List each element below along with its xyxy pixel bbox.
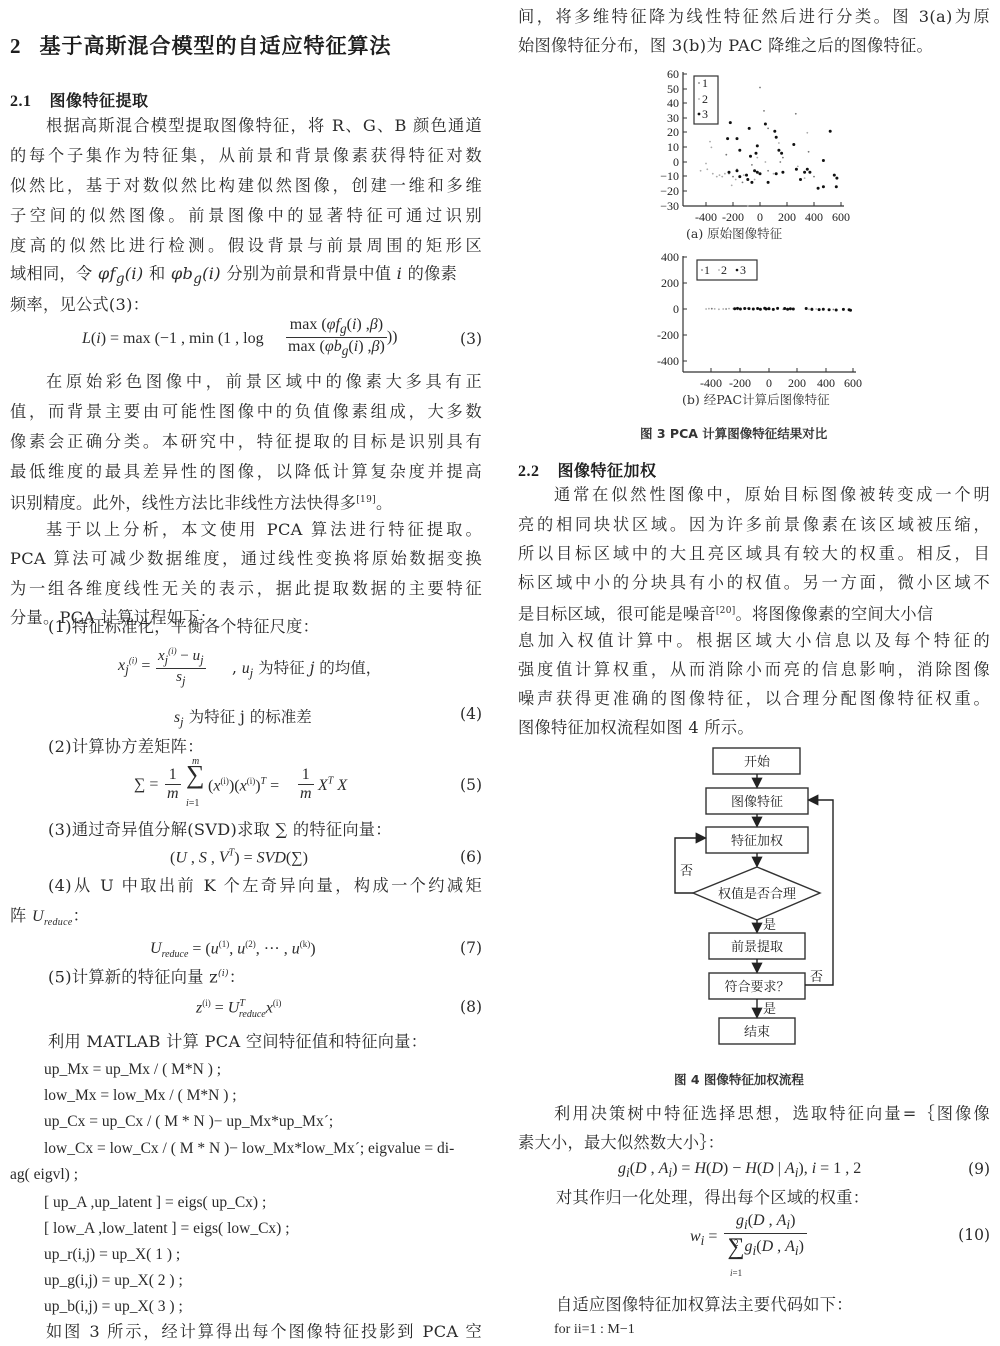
- data-point: [835, 177, 838, 180]
- data-point: [759, 172, 762, 175]
- data-point: [756, 307, 759, 310]
- data-point: [712, 173, 714, 175]
- figure-4-flowchart: 开始 图像特征 特征加权 权值是否合理 前景提取 符合要求？ 结束 否 是 否 …: [660, 740, 860, 1060]
- svg-text:权值是否合理: 权值是否合理: [718, 886, 796, 902]
- paragraph-line: 识别精度。此外，线性方法比非线性方法快得多[19]。: [10, 490, 482, 513]
- data-point: [706, 168, 708, 170]
- data-point: [818, 308, 821, 311]
- svg-text:−20: −20: [660, 184, 679, 198]
- data-point: [813, 176, 815, 178]
- data-point: [751, 164, 753, 166]
- data-point: [767, 181, 770, 184]
- svg-text:0: 0: [766, 376, 772, 390]
- equation-7: Ureduce = (u(1), u(2), ··· , u(k)) (7): [10, 935, 482, 965]
- data-point: [735, 179, 737, 181]
- paragraph-line: 像素会正确分类。本研究中，特征提取的目标是识别具有: [10, 432, 482, 452]
- figure-3a-caption: (a) 原始图像特征: [686, 224, 782, 242]
- paragraph-line: 基于以上分析，本文使用 PCA 算法进行特征提取。: [10, 520, 482, 540]
- data-point: [799, 178, 802, 181]
- svg-text:0: 0: [757, 210, 763, 224]
- data-point: [725, 308, 727, 310]
- step-1: (1)特征标准化，平衡各个特征尺度：: [48, 617, 520, 637]
- data-point: [817, 187, 820, 190]
- data-point: [806, 132, 808, 134]
- data-point: [808, 308, 810, 310]
- data-point: [835, 309, 838, 312]
- data-point: [722, 308, 724, 310]
- data-point: [805, 307, 808, 310]
- svg-text:−10: −10: [660, 169, 679, 183]
- data-point: [738, 149, 741, 152]
- svg-text:否: 否: [680, 864, 693, 879]
- data-point: [736, 307, 739, 310]
- paragraph-line: 标区域中小的分块具有小的权值。另一方面，微小区域不: [518, 573, 990, 593]
- paragraph-line: 最低维度的最具差异性的图像，以降低计算复杂度并提高: [10, 462, 482, 482]
- paragraph-line: 图像特征加权流程如图 4 所示。: [518, 718, 990, 738]
- code-line: for ii=1 : M−1: [554, 1322, 635, 1338]
- data-point: [777, 149, 780, 152]
- svg-text:-200: -200: [657, 328, 679, 342]
- code-line: up_Mx = up_Mx / ( M*N ) ;: [44, 1061, 221, 1079]
- data-point: [775, 172, 778, 175]
- subsection-heading-2-1: 2.1图像特征提取: [10, 88, 149, 111]
- equation-6: (U , S , VT) = SVD(∑) (6): [10, 848, 482, 870]
- svg-text:是: 是: [763, 918, 776, 933]
- data-point: [782, 157, 784, 159]
- step-3: (3)通过奇异值分解(SVD)求取 ∑ 的特征向量：: [48, 820, 520, 840]
- data-point: [754, 179, 756, 181]
- data-point: [780, 152, 783, 155]
- data-point: [736, 169, 739, 172]
- data-point: [759, 308, 762, 311]
- data-point: [779, 161, 781, 163]
- data-point: [743, 307, 746, 310]
- code-line: up_r(i,j) = up_X( 1 ) ;: [44, 1246, 180, 1264]
- svg-text:0: 0: [673, 155, 679, 169]
- data-point: [763, 110, 765, 112]
- paragraph-line: 频率，见公式(3)：: [10, 295, 482, 315]
- matlab-intro: 利用 MATLAB 计算 PCA 空间特征值和特征向量：: [48, 1032, 520, 1052]
- code-line: up_g(i,j) = up_X( 2 ) ;: [44, 1272, 183, 1290]
- data-point: [731, 185, 733, 187]
- subsection-heading-2-2: 2.2图像特征加权: [518, 458, 657, 481]
- data-point: [743, 174, 745, 176]
- figure-3b-caption: (b) 经PAC计算后图像特征: [682, 390, 830, 408]
- data-point: [739, 308, 742, 311]
- paragraph-line: PCA 算法可减少数据维度，通过线性变换将原始数据变换: [10, 549, 482, 569]
- data-point: [752, 308, 755, 311]
- svg-text:1: 1: [702, 76, 708, 90]
- data-point: [833, 174, 836, 177]
- svg-text:图像特征: 图像特征: [731, 794, 783, 810]
- svg-text:200: 200: [661, 276, 679, 290]
- citation-20: [20]: [716, 606, 736, 616]
- data-point: [726, 137, 729, 140]
- data-point: [736, 137, 739, 140]
- data-point: [775, 136, 778, 139]
- data-point: [746, 178, 749, 181]
- paragraph-line: 度高的似然比进行检测。假设背景与前景周围的矩形区: [10, 236, 482, 256]
- data-point: [749, 155, 752, 158]
- paragraph-line: 如图 3 所示，经计算得出每个图像特征投影到 PCA 空: [10, 1322, 482, 1342]
- data-point: [776, 307, 779, 310]
- svg-text:-200: -200: [722, 210, 744, 224]
- step-4: (4)从 U 中取出前 K 个左奇异向量，构成一个约减矩: [48, 876, 482, 896]
- paragraph-line: 噪声获得更准确的图像特征，以合理分配图像特征权重。: [518, 689, 990, 709]
- data-point: [714, 308, 716, 310]
- data-point: [756, 144, 759, 147]
- svg-text:特征加权: 特征加权: [731, 833, 783, 849]
- data-point: [753, 169, 756, 172]
- code-line: up_Cx = up_Cx / ( M * N )− up_Mx*up_Mx´;: [44, 1113, 333, 1131]
- svg-text:400: 400: [805, 210, 823, 224]
- data-point: [756, 157, 758, 159]
- figure-4-caption: 图 4 图像特征加权流程: [674, 1070, 804, 1088]
- code-line: [ low_A ,low_latent ] = eigs( low_Cx) ;: [44, 1220, 290, 1238]
- equation-9: gi(D , Ai) = H(D) − H(D | Ai), i = 1 , 2…: [518, 1160, 990, 1184]
- data-point: [803, 171, 806, 174]
- data-point: [728, 308, 730, 310]
- data-point: [828, 308, 831, 311]
- data-point: [733, 307, 736, 310]
- paragraph-line: 通常在似然性图像中，原始目标图像被转变成一个明: [518, 485, 990, 505]
- svg-text:40: 40: [667, 96, 679, 110]
- paragraph-line: 是目标区域，很可能是噪音[20]。将图像像素的空间大小信: [518, 601, 990, 624]
- data-point: [781, 171, 784, 174]
- figure-3-caption: 图 3 PCA 计算图像特征结果对比: [640, 424, 827, 442]
- data-point: [742, 182, 744, 184]
- figure-3b-scatter: 4002000 -200-400 -400-2000 200400600 1 2…: [640, 248, 880, 393]
- data-point: [822, 308, 825, 311]
- equation-4: xj(i) = xj(i) − ujsj , uj 为特征 j 的均值，: [10, 646, 482, 686]
- data-point: [711, 308, 713, 310]
- code-line: up_b(i,j) = up_X( 3 ) ;: [44, 1298, 183, 1316]
- data-point: [700, 170, 702, 172]
- data-point: [764, 123, 767, 126]
- data-point: [724, 173, 726, 175]
- data-point: [804, 177, 806, 179]
- code-line: low_Cx = low_Cx / ( M * N )− low_Mx*low_…: [44, 1140, 454, 1158]
- data-point: [829, 130, 832, 133]
- paragraph-line: 强度值计算权重，从而消除小而亮的信息影响，消除图像: [518, 660, 990, 680]
- equation-3: L(i) = max (−1 , min (1 , log max (φfg(i…: [10, 316, 482, 366]
- data-point: [773, 130, 776, 133]
- data-point: [711, 147, 713, 149]
- data-point: [748, 307, 751, 310]
- paragraph-line: 为一组各维度线性无关的表示，据此提取数据的主要特征: [10, 579, 482, 599]
- data-point: [849, 309, 852, 312]
- svg-text:400: 400: [817, 376, 835, 390]
- paragraph-line: 息加入权值计算中。根据区域大小信息以及每个特征的: [518, 631, 990, 651]
- data-point: [797, 166, 799, 168]
- step-4-cont: 阵 Ureduce：: [10, 906, 482, 933]
- data-point: [765, 161, 767, 163]
- data-point: [756, 171, 759, 174]
- data-point: [708, 308, 710, 310]
- data-point: [768, 307, 771, 310]
- svg-text:0: 0: [673, 302, 679, 316]
- svg-text:2: 2: [721, 263, 727, 277]
- svg-text:200: 200: [788, 376, 806, 390]
- paragraph-line: 素大小，最大似然数大小｝：: [518, 1133, 990, 1153]
- data-point: [705, 308, 707, 310]
- data-point: [792, 308, 795, 311]
- data-point: [748, 127, 751, 130]
- data-point: [822, 185, 825, 188]
- data-point: [795, 168, 798, 171]
- equation-10: wi = gi(D , Ai)∑gi(D , Ai) 2 i=1 (10): [518, 1212, 990, 1282]
- svg-text:200: 200: [778, 210, 796, 224]
- data-point: [750, 181, 753, 184]
- data-point: [767, 170, 769, 172]
- data-point: [783, 307, 786, 310]
- data-point: [732, 176, 734, 178]
- data-point: [808, 171, 811, 174]
- svg-text:20: 20: [667, 125, 679, 139]
- svg-text:−30: −30: [660, 199, 679, 213]
- svg-text:-400: -400: [700, 376, 722, 390]
- data-point: [765, 308, 768, 311]
- paragraph-line: 根据高斯混合模型提取图像特征，将 R、G、B 颜色通道: [10, 116, 482, 136]
- step-5: (5)计算新的特征向量 z(i)：: [48, 964, 520, 987]
- data-point: [738, 175, 741, 178]
- data-point: [718, 308, 720, 310]
- data-point: [795, 113, 797, 115]
- svg-text:-400: -400: [657, 354, 679, 368]
- paragraph-line-phi: 域相同，令 φfg(i) 和 φbg(i) 分别为前景和背景中值 i 的像素: [10, 264, 482, 289]
- data-point: [778, 142, 780, 144]
- data-point: [773, 173, 775, 175]
- paragraph-line: 在原始彩色图像中，前景区域中的像素大多具有正: [10, 372, 482, 392]
- data-point: [725, 154, 727, 156]
- svg-text:10: 10: [667, 140, 679, 154]
- data-point: [719, 174, 721, 176]
- svg-text:30: 30: [667, 111, 679, 125]
- svg-text:是: 是: [763, 1002, 776, 1017]
- data-point: [705, 163, 707, 165]
- svg-text:否: 否: [810, 970, 823, 985]
- svg-text:前景提取: 前景提取: [731, 939, 783, 955]
- data-point: [822, 159, 825, 162]
- svg-text:符合要求？: 符合要求？: [724, 979, 789, 995]
- data-point: [806, 168, 809, 171]
- code-line: [ up_A ,up_latent ] = eigs( up_Cx) ;: [44, 1194, 266, 1212]
- svg-text:3: 3: [740, 263, 746, 277]
- citation-19: [19]: [356, 495, 376, 505]
- paragraph-line: 子空间的似然图像。前景图像中的显著特征可通过识别: [10, 206, 482, 226]
- svg-text:600: 600: [832, 210, 850, 224]
- data-point: [792, 143, 795, 146]
- step-2: (2)计算协方差矩阵：: [48, 737, 520, 757]
- data-point: [786, 308, 789, 311]
- code-line: low_Mx = low_Mx / ( M*N ) ;: [44, 1087, 237, 1105]
- data-point: [759, 87, 761, 89]
- data-point: [835, 185, 838, 188]
- data-point: [755, 152, 758, 155]
- section-heading: 2基于高斯混合模型的自适应特征算法: [10, 30, 392, 60]
- svg-text:1: 1: [704, 263, 710, 277]
- svg-text:3: 3: [702, 107, 708, 121]
- equation-4-line2: sj 为特征 j 的标准差 (4): [10, 705, 482, 729]
- data-point: [747, 205, 749, 207]
- data-point: [709, 141, 711, 143]
- normalize-text: 对其作归一化处理，得出每个区域的权重：: [556, 1188, 1000, 1208]
- data-point: [728, 171, 731, 174]
- svg-text:400: 400: [661, 250, 679, 264]
- code-intro: 自适应图像特征加权算法主要代码如下：: [556, 1295, 1000, 1315]
- data-point: [767, 128, 769, 130]
- data-point: [745, 174, 748, 177]
- data-point: [716, 176, 718, 178]
- data-point: [810, 308, 813, 311]
- paragraph-line: 似然比，基于对数似然比构建似然图像，创建一维和多维: [10, 176, 482, 196]
- equation-8: z(i) = UTreducex(i) (8): [10, 994, 482, 1024]
- data-point: [721, 176, 723, 178]
- code-line: ag( eigvl) ;: [10, 1166, 78, 1184]
- svg-text:结束: 结束: [744, 1024, 770, 1040]
- paragraph-line: 的每个子集作为特征集，从前景和背景像素获得特征对数: [10, 146, 482, 166]
- paragraph-line: 所以目标区域中的大且亮区域具有较大的权重。相反，目: [518, 544, 990, 564]
- svg-text:60: 60: [667, 67, 679, 81]
- data-point: [772, 308, 775, 311]
- paragraph-line: 始图像特征分布，图 3(b)为 PAC 降维之后的图像特征。: [518, 36, 990, 56]
- paragraph-line: 间，将多维特征降为线性特征然后进行分类。图 3(a)为原: [518, 7, 990, 27]
- figure-3a-scatter: 605040 302010 0−10−20 −30 -400-2000 2004…: [640, 62, 870, 242]
- svg-text:-200: -200: [729, 376, 751, 390]
- svg-text:50: 50: [667, 82, 679, 96]
- equation-5: ∑ = 1m ∑ m i=1 (x(i))(x(i))T = 1m XT X (…: [10, 760, 482, 806]
- data-point: [815, 308, 817, 310]
- svg-text:开始: 开始: [744, 755, 771, 770]
- paragraph-line: 亮的相同块状区域。因为许多前景像素在该区域被压缩，: [518, 515, 990, 535]
- svg-text:600: 600: [844, 376, 862, 390]
- data-point: [842, 308, 845, 311]
- paragraph-line: 值，而背景主要由可能性图像中的负值像素组成，大多数: [10, 402, 482, 422]
- data-point: [808, 151, 810, 153]
- svg-text:-400: -400: [695, 210, 717, 224]
- svg-text:2: 2: [702, 92, 708, 106]
- data-point: [729, 121, 732, 124]
- paragraph-line: 利用决策树中特征选择思想，选取特征向量=｛图像像: [518, 1104, 990, 1124]
- data-point: [833, 309, 835, 311]
- data-point: [789, 307, 792, 310]
